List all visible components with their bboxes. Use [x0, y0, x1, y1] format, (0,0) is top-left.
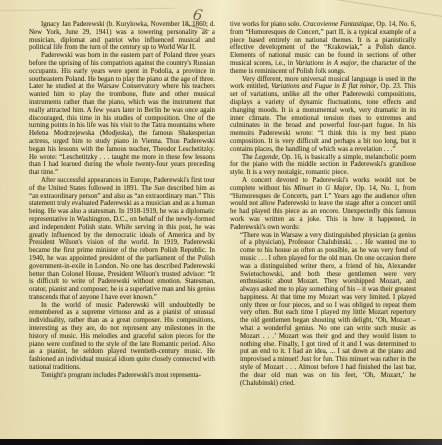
paper-crease	[311, 0, 442, 18]
text-run: described him as “an extraordinary perso…	[29, 185, 215, 301]
text-column-right: tive works for piano solo. Cracovienne F…	[230, 21, 416, 387]
text-run: , Op. 14, No. 1, from “Humoresques de Co…	[230, 185, 416, 231]
text-run: Paderewski was born in the eastern part …	[29, 52, 215, 176]
body-paragraph: tive works for piano solo. Cracovienne F…	[230, 21, 416, 76]
text-run: In the world of music Paderewski will un…	[29, 302, 215, 371]
work-title-italic: Cracovienne Fantastique	[303, 21, 373, 28]
scanned-program-page: 6 Ignacy Jan Paderewski (b. Kurylowka, N…	[0, 0, 442, 445]
scan-edge-bar	[0, 439, 442, 445]
text-run: , Op. 23. This set of variations, unlike…	[230, 83, 416, 152]
block-quote-paragraph: “There was in Warsaw a very distinguishe…	[240, 232, 416, 388]
paper-crease	[0, 8, 175, 11]
text-run: The	[242, 154, 255, 161]
body-paragraph: The Legende, Op. 16, is basically a simp…	[230, 154, 416, 177]
work-title-italic: Variations and Fugue in E flat minor	[271, 83, 376, 90]
work-title-italic: Legende	[255, 154, 278, 161]
work-title-italic: Minuet in G Major	[294, 185, 351, 192]
text-run: Ignacy Jan Paderewski (b. Kurylowka, Nov…	[29, 21, 215, 51]
work-title-italic: Sun	[154, 185, 164, 192]
body-paragraph: Very different, more universal musical l…	[230, 76, 416, 154]
text-run: “There was in Warsaw a very distinguishe…	[240, 232, 416, 387]
text-column-left: Ignacy Jan Paderewski (b. Kurylowka, Nov…	[29, 21, 215, 380]
body-paragraph: Ignacy Jan Paderewski (b. Kurylowka, Nov…	[29, 21, 215, 52]
body-paragraph: Paderewski was born in the eastern part …	[29, 52, 215, 177]
work-title-italic: Variations in A major	[296, 60, 357, 67]
body-paragraph: In the world of music Paderewski will un…	[29, 302, 215, 372]
body-paragraph: Tonight's program includes Paderewski's …	[29, 372, 215, 380]
text-run: Tonight's program includes Paderewski's …	[41, 372, 201, 379]
text-run: tive works for piano solo.	[230, 21, 303, 28]
body-paragraph: A concert devoted to Paderewski's works …	[230, 177, 416, 232]
body-paragraph: After successful appearances in Europe, …	[29, 177, 215, 302]
